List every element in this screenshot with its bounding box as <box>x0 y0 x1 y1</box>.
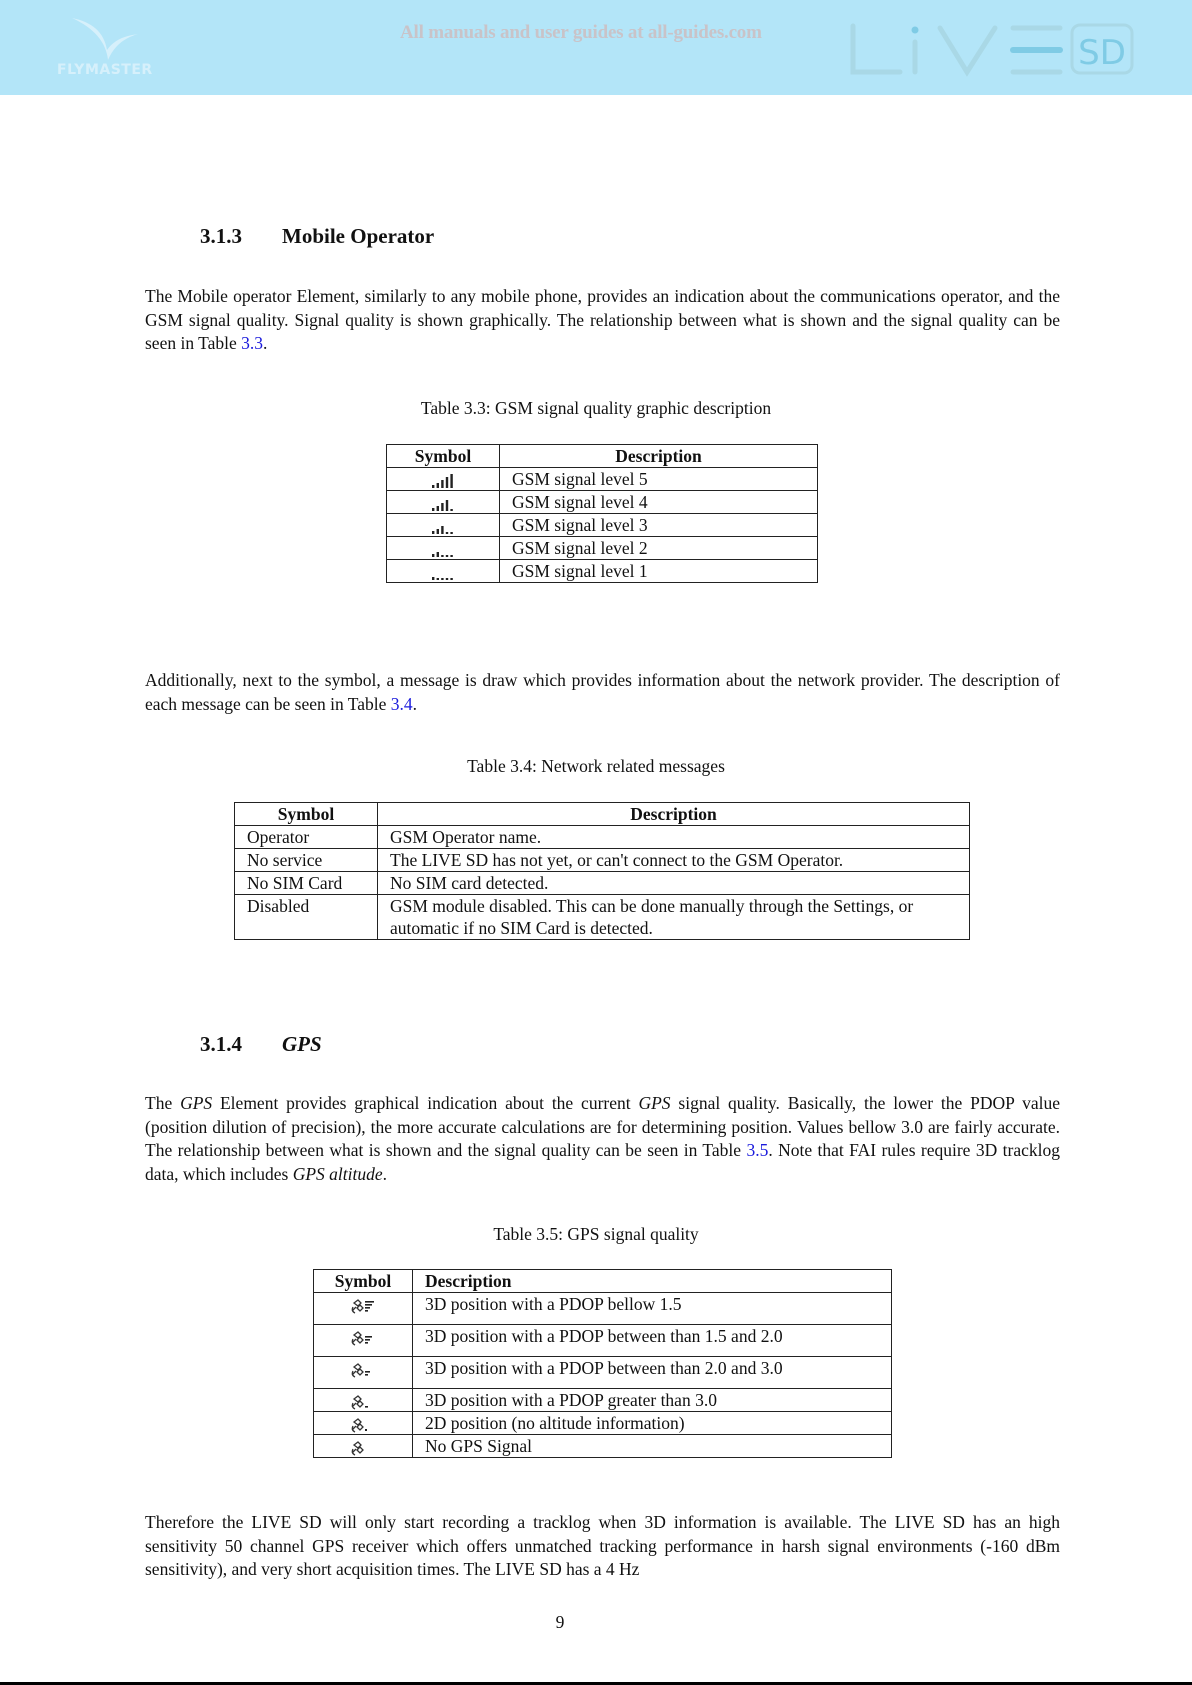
table-row: GSM signal level 4 <box>387 491 818 514</box>
description-cell: GSM signal level 5 <box>500 468 818 491</box>
flymaster-brand-text: FLYMASTER <box>57 62 153 78</box>
description-cell: GSM module disabled. This can be done ma… <box>378 895 970 940</box>
gsm-signal-5-icon <box>431 474 455 488</box>
col-header-symbol: Symbol <box>387 445 500 468</box>
symbol-cell <box>314 1435 413 1458</box>
symbol-cell <box>314 1357 413 1389</box>
col-header-description: Description <box>378 803 970 826</box>
symbol-cell: Operator <box>235 826 378 849</box>
gsm-signal-4-icon <box>431 497 455 511</box>
description-cell: GSM Operator name. <box>378 826 970 849</box>
table-3-3-caption: Table 3.3: GSM signal quality graphic de… <box>0 398 1192 419</box>
paragraph-gps-receiver: Therefore the LIVE SD will only start re… <box>145 1511 1060 1582</box>
symbol-cell <box>314 1293 413 1325</box>
table-row: OperatorGSM Operator name. <box>235 826 970 849</box>
table-gps-signal: Symbol Description 3D position with a PD… <box>313 1269 892 1458</box>
table-3-5-link[interactable]: 3.5 <box>746 1140 768 1160</box>
table-row: GSM signal level 1 <box>387 560 818 583</box>
symbol-cell <box>314 1389 413 1412</box>
section-number: 3.1.3 <box>200 224 282 249</box>
col-header-symbol: Symbol <box>314 1270 413 1293</box>
section-heading-3-1-4: 3.1.4GPS <box>200 1032 322 1057</box>
description-cell: GSM signal level 4 <box>500 491 818 514</box>
symbol-cell: Disabled <box>235 895 378 940</box>
paragraph-network-messages: Additionally, next to the symbol, a mess… <box>145 669 1060 716</box>
table-row: 3D position with a PDOP between than 2.0… <box>314 1357 892 1389</box>
svg-text:SD: SD <box>1078 33 1126 73</box>
table-row: No GPS Signal <box>314 1435 892 1458</box>
col-header-description: Description <box>413 1270 892 1293</box>
table-3-3-link[interactable]: 3.3 <box>241 333 263 353</box>
description-cell: 3D position with a PDOP bellow 1.5 <box>413 1293 892 1325</box>
table-gsm-signal: Symbol Description GSM signal level 5GSM… <box>386 444 818 583</box>
symbol-cell <box>387 468 500 491</box>
live-sd-logo-icon: SD <box>850 22 1135 77</box>
gps-3d-pdop-above-3.0-icon <box>350 1394 376 1410</box>
description-cell: 3D position with a PDOP between than 1.5… <box>413 1325 892 1357</box>
description-cell: GSM signal level 3 <box>500 514 818 537</box>
table-row: 3D position with a PDOP greater than 3.0 <box>314 1389 892 1412</box>
description-cell: No GPS Signal <box>413 1435 892 1458</box>
col-header-description: Description <box>500 445 818 468</box>
section-title: Mobile Operator <box>282 224 434 248</box>
header-band: FLYMASTER All manuals and user guides at… <box>0 0 1192 95</box>
symbol-cell: No service <box>235 849 378 872</box>
table-3-4-link[interactable]: 3.4 <box>391 694 413 714</box>
section-heading-3-1-3: 3.1.3Mobile Operator <box>200 224 434 249</box>
symbol-cell <box>387 537 500 560</box>
table-3-5-caption: Table 3.5: GPS signal quality <box>0 1224 1192 1245</box>
description-cell: 3D position with a PDOP greater than 3.0 <box>413 1389 892 1412</box>
watermark-link[interactable]: All manuals and user guides at all-guide… <box>400 22 762 44</box>
table-row: No serviceThe LIVE SD has not yet, or ca… <box>235 849 970 872</box>
table-row: 3D position with a PDOP bellow 1.5 <box>314 1293 892 1325</box>
gsm-signal-1-icon <box>431 566 455 580</box>
description-cell: GSM signal level 1 <box>500 560 818 583</box>
table-3-4-caption: Table 3.4: Network related messages <box>0 756 1192 777</box>
table-row: DisabledGSM module disabled. This can be… <box>235 895 970 940</box>
table-row: No SIM CardNo SIM card detected. <box>235 872 970 895</box>
gps-3d-pdop-1.5-2.0-icon <box>350 1330 376 1346</box>
section-number: 3.1.4 <box>200 1032 282 1057</box>
paragraph-mobile-operator: The Mobile operator Element, similarly t… <box>145 285 1060 356</box>
gps-no-signal-icon <box>350 1440 376 1456</box>
description-cell: 3D position with a PDOP between than 2.0… <box>413 1357 892 1389</box>
table-row: GSM signal level 5 <box>387 468 818 491</box>
symbol-cell <box>314 1412 413 1435</box>
symbol-cell: No SIM Card <box>235 872 378 895</box>
description-cell: The LIVE SD has not yet, or can't connec… <box>378 849 970 872</box>
section-title: GPS <box>282 1032 322 1056</box>
symbol-cell <box>387 514 500 537</box>
gsm-signal-2-icon <box>431 543 455 557</box>
gps-2d-icon <box>350 1417 376 1433</box>
page-number: 9 <box>0 1612 1120 1633</box>
description-cell: No SIM card detected. <box>378 872 970 895</box>
symbol-cell <box>387 560 500 583</box>
description-cell: GSM signal level 2 <box>500 537 818 560</box>
symbol-cell <box>387 491 500 514</box>
table-row: GSM signal level 2 <box>387 537 818 560</box>
col-header-symbol: Symbol <box>235 803 378 826</box>
table-row: GSM signal level 3 <box>387 514 818 537</box>
gps-3d-pdop-2.0-3.0-icon <box>350 1362 376 1378</box>
description-cell: 2D position (no altitude information) <box>413 1412 892 1435</box>
table-network-messages: Symbol Description OperatorGSM Operator … <box>234 802 970 940</box>
gsm-signal-3-icon <box>431 520 455 534</box>
paragraph-gps: The GPS Element provides graphical indic… <box>145 1092 1060 1186</box>
table-row: 3D position with a PDOP between than 1.5… <box>314 1325 892 1357</box>
table-row: 2D position (no altitude information) <box>314 1412 892 1435</box>
symbol-cell <box>314 1325 413 1357</box>
gps-3d-pdop-below-1.5-icon <box>350 1298 376 1314</box>
